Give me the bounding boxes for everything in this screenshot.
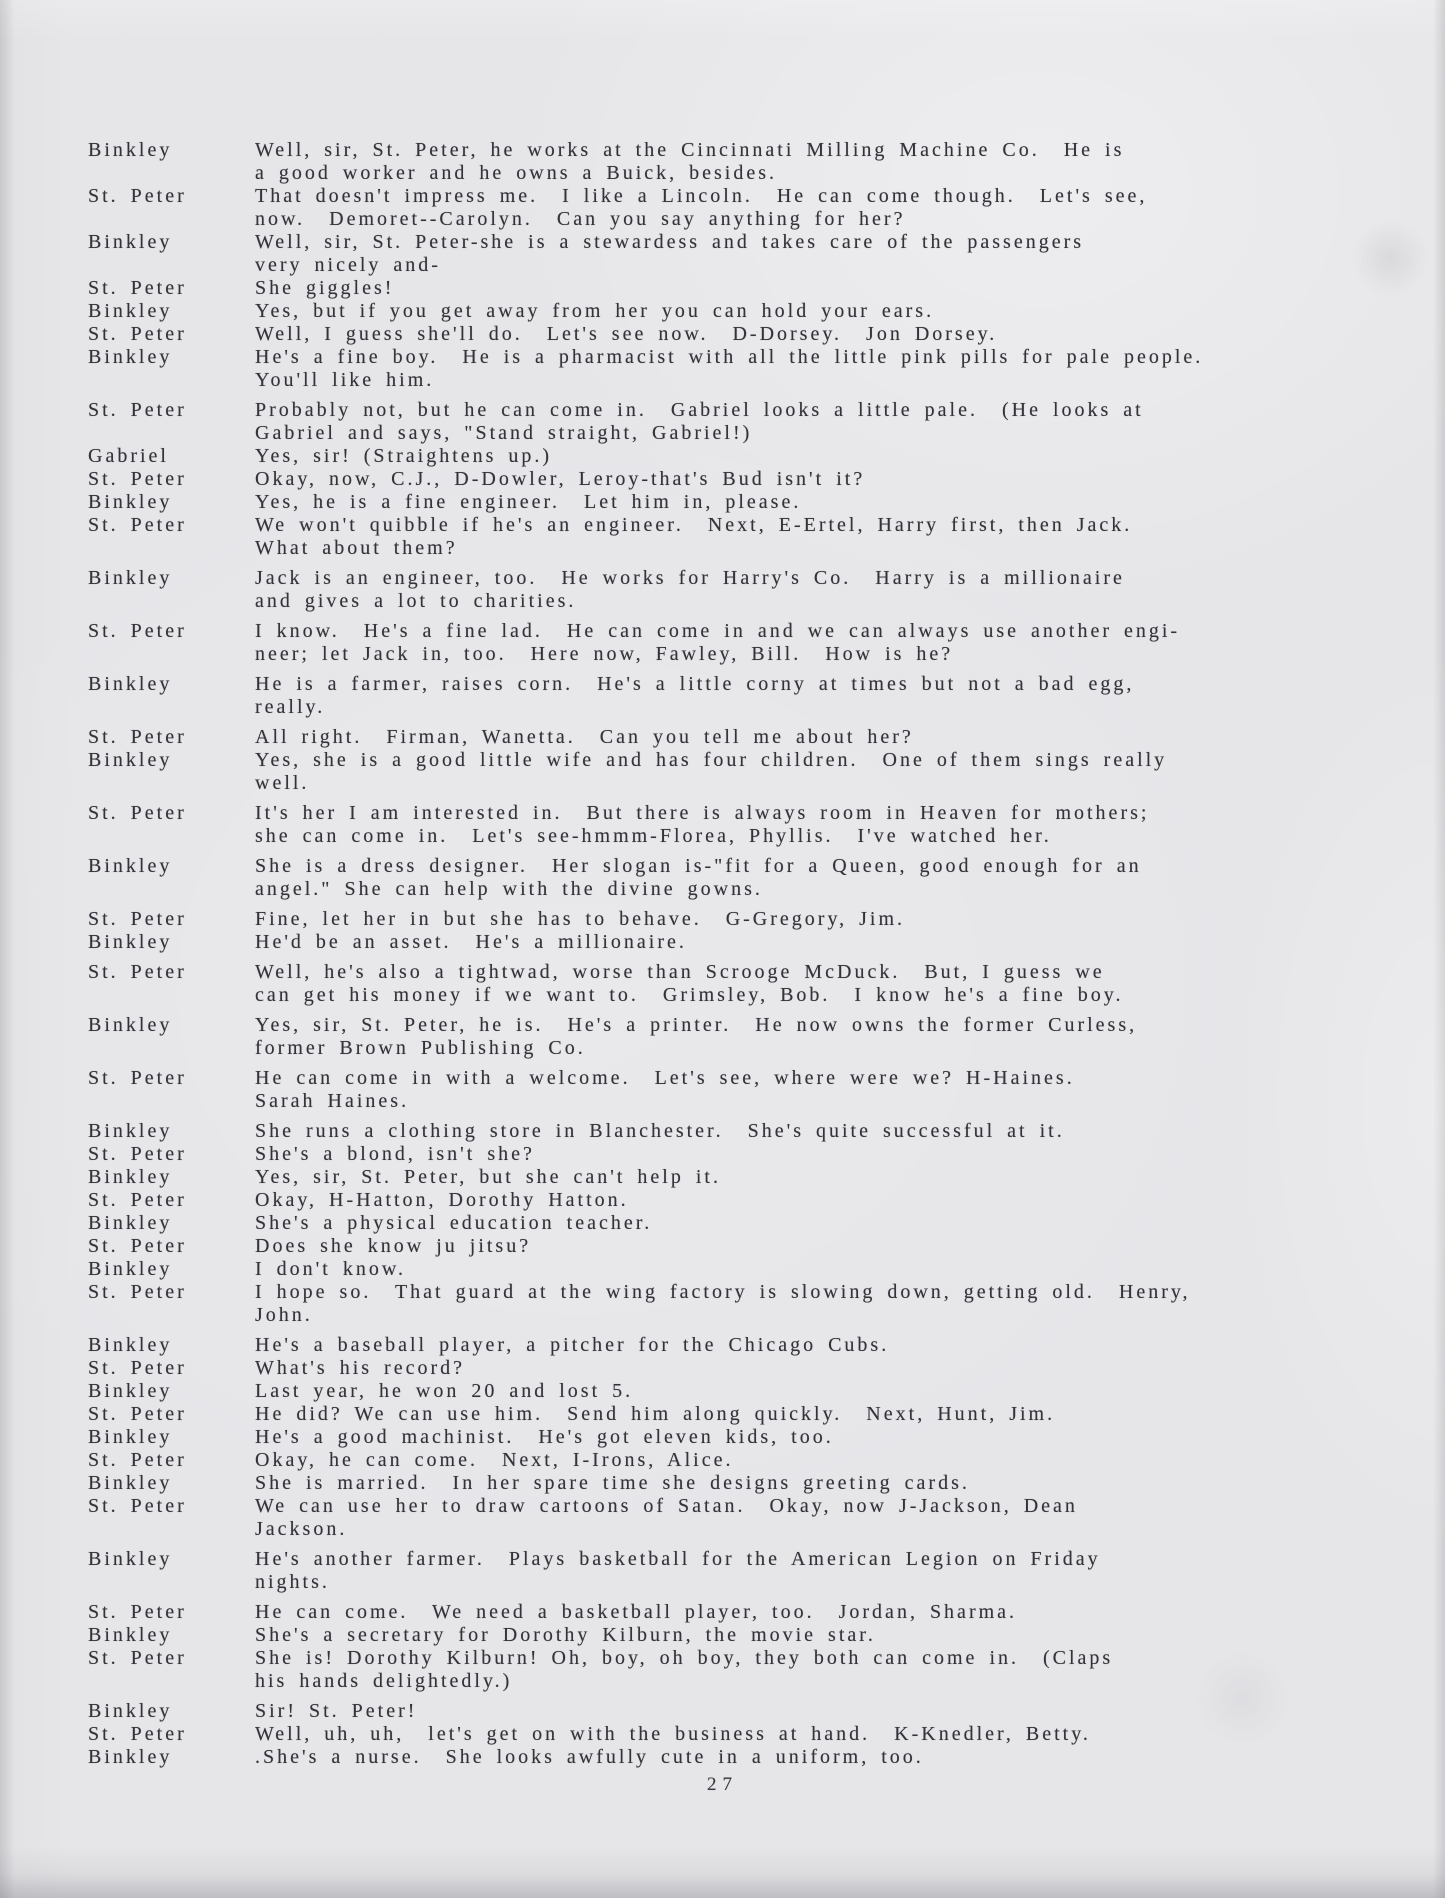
dialogue-line: I know. He's a fine lad. He can come in … <box>255 620 1400 643</box>
dialogue-line: That doesn't impress me. I like a Lincol… <box>255 185 1400 208</box>
dialogue-line: nights. <box>255 1571 1400 1594</box>
dialogue-line: well. <box>255 772 1400 795</box>
dialogue-line: can get his money if we want to. Grimsle… <box>255 984 1400 1007</box>
dialogue-entry: BinkleyHe's a good machinist. He's got e… <box>88 1426 1400 1449</box>
dialogue-text: She is a dress designer. Her slogan is-"… <box>255 855 1400 901</box>
dialogue-line: really. <box>255 696 1400 719</box>
dialogue-line: Yes, sir! (Straightens up.) <box>255 445 1400 468</box>
speaker-label: St. Peter <box>88 514 187 537</box>
dialogue-entry: St. PeterWell, he's also a tightwad, wor… <box>88 961 1400 1007</box>
speaker-label: Binkley <box>88 231 172 254</box>
dialogue-entry: BinkleyShe is married. In her spare time… <box>88 1472 1400 1495</box>
dialogue-entry: GabrielYes, sir! (Straightens up.) <box>88 445 1400 468</box>
dialogue-line: Gabriel and says, "Stand straight, Gabri… <box>255 422 1400 445</box>
speaker-label: St. Peter <box>88 908 187 931</box>
speaker-label: St. Peter <box>88 802 187 825</box>
speaker-label: Binkley <box>88 1120 172 1143</box>
dialogue-line: I hope so. That guard at the wing factor… <box>255 1281 1400 1304</box>
dialogue-text: She's a blond, isn't she? <box>255 1143 1400 1166</box>
dialogue-line: neer; let Jack in, too. Here now, Fawley… <box>255 643 1400 666</box>
dialogue-line: What's his record? <box>255 1357 1400 1380</box>
speaker-label: St. Peter <box>88 961 187 984</box>
dialogue-text: We can use her to draw cartoons of Satan… <box>255 1495 1400 1541</box>
dialogue-text: Yes, sir, St. Peter, he is. He's a print… <box>255 1014 1400 1060</box>
dialogue-entry: St. PeterOkay, H-Hatton, Dorothy Hatton. <box>88 1189 1400 1212</box>
speaker-label: St. Peter <box>88 277 187 300</box>
dialogue-text: Yes, she is a good little wife and has f… <box>255 749 1400 795</box>
dialogue-line: Well, sir, St. Peter-she is a stewardess… <box>255 231 1400 254</box>
dialogue-text: We won't quibble if he's an engineer. Ne… <box>255 514 1400 560</box>
speaker-label: Binkley <box>88 1380 172 1403</box>
dialogue-text: .She's a nurse. She looks awfully cute i… <box>255 1746 1400 1769</box>
dialogue-line: Does she know ju jitsu? <box>255 1235 1400 1258</box>
dialogue-entry: Binkley.She's a nurse. She looks awfully… <box>88 1746 1400 1769</box>
dialogue-line: Fine, let her in but she has to behave. … <box>255 908 1400 931</box>
dialogue-line: He's a baseball player, a pitcher for th… <box>255 1334 1400 1357</box>
speaker-label: St. Peter <box>88 1189 187 1212</box>
dialogue-text: Does she know ju jitsu? <box>255 1235 1400 1258</box>
dialogue-text: Well, he's also a tightwad, worse than S… <box>255 961 1400 1007</box>
dialogue-line: now. Demoret--Carolyn. Can you say anyth… <box>255 208 1400 231</box>
dialogue-line: John. <box>255 1304 1400 1327</box>
speaker-label: St. Peter <box>88 1143 187 1166</box>
dialogue-line: .She's a nurse. She looks awfully cute i… <box>255 1746 1400 1769</box>
dialogue-entry: BinkleyYes, sir, St. Peter, but she can'… <box>88 1166 1400 1189</box>
dialogue-line: He can come in with a welcome. Let's see… <box>255 1067 1400 1090</box>
dialogue-text: That doesn't impress me. I like a Lincol… <box>255 185 1400 231</box>
speaker-label: Binkley <box>88 1212 172 1235</box>
dialogue-line: He is a farmer, raises corn. He's a litt… <box>255 673 1400 696</box>
dialogue-text: Well, sir, St. Peter-she is a stewardess… <box>255 231 1400 277</box>
dialogue-text: What's his record? <box>255 1357 1400 1380</box>
dialogue-entry: St. PeterOkay, he can come. Next, I-Iron… <box>88 1449 1400 1472</box>
dialogue-entry: BinkleyHe's a fine boy. He is a pharmaci… <box>88 346 1400 392</box>
dialogue-text: He can come. We need a basketball player… <box>255 1601 1400 1624</box>
dialogue-entry: BinkleySir! St. Peter! <box>88 1700 1400 1723</box>
speaker-label: Binkley <box>88 1334 172 1357</box>
dialogue-text: Jack is an engineer, too. He works for H… <box>255 567 1400 613</box>
speaker-label: Binkley <box>88 931 172 954</box>
dialogue-line: She is! Dorothy Kilburn! Oh, boy, oh boy… <box>255 1647 1400 1670</box>
dialogue-text: She's a physical education teacher. <box>255 1212 1400 1235</box>
dialogue-transcript: BinkleyWell, sir, St. Peter, he works at… <box>88 139 1400 1769</box>
dialogue-line: Jack is an engineer, too. He works for H… <box>255 567 1400 590</box>
dialogue-line: Yes, she is a good little wife and has f… <box>255 749 1400 772</box>
speaker-label: Binkley <box>88 1700 172 1723</box>
dialogue-entry: St. PeterDoes she know ju jitsu? <box>88 1235 1400 1258</box>
dialogue-entry: BinkleyJack is an engineer, too. He work… <box>88 567 1400 613</box>
dialogue-entry: St. PeterShe is! Dorothy Kilburn! Oh, bo… <box>88 1647 1400 1693</box>
dialogue-line: Yes, he is a fine engineer. Let him in, … <box>255 491 1400 514</box>
dialogue-line: Yes, sir, St. Peter, but she can't help … <box>255 1166 1400 1189</box>
dialogue-entry: St. PeterAll right. Firman, Wanetta. Can… <box>88 726 1400 749</box>
speaker-label: Binkley <box>88 1014 172 1037</box>
dialogue-line: I don't know. <box>255 1258 1400 1281</box>
dialogue-line: angel." She can help with the divine gow… <box>255 878 1400 901</box>
speaker-label: St. Peter <box>88 185 187 208</box>
dialogue-entry: St. PeterIt's her I am interested in. Bu… <box>88 802 1400 848</box>
dialogue-line: she can come in. Let's see-hmmm-Florea, … <box>255 825 1400 848</box>
dialogue-text: He can come in with a welcome. Let's see… <box>255 1067 1400 1113</box>
speaker-label: St. Peter <box>88 1601 187 1624</box>
dialogue-line: Sarah Haines. <box>255 1090 1400 1113</box>
dialogue-line: She giggles! <box>255 277 1400 300</box>
dialogue-entry: BinkleyShe runs a clothing store in Blan… <box>88 1120 1400 1143</box>
speaker-label: St. Peter <box>88 323 187 346</box>
dialogue-line: Yes, but if you get away from her you ca… <box>255 300 1400 323</box>
dialogue-text: He's a fine boy. He is a pharmacist with… <box>255 346 1400 392</box>
speaker-label: Binkley <box>88 1426 172 1449</box>
dialogue-entry: St. PeterI know. He's a fine lad. He can… <box>88 620 1400 666</box>
speaker-label: Binkley <box>88 346 172 369</box>
speaker-label: St. Peter <box>88 726 187 749</box>
dialogue-text: He is a farmer, raises corn. He's a litt… <box>255 673 1400 719</box>
dialogue-line: He'd be an asset. He's a millionaire. <box>255 931 1400 954</box>
dialogue-line: Okay, he can come. Next, I-Irons, Alice. <box>255 1449 1400 1472</box>
dialogue-line: Last year, he won 20 and lost 5. <box>255 1380 1400 1403</box>
dialogue-line: She's a secretary for Dorothy Kilburn, t… <box>255 1624 1400 1647</box>
speaker-label: Binkley <box>88 673 172 696</box>
dialogue-line: Probably not, but he can come in. Gabrie… <box>255 399 1400 422</box>
dialogue-text: I hope so. That guard at the wing factor… <box>255 1281 1400 1327</box>
dialogue-line: Well, uh, uh, let's get on with the busi… <box>255 1723 1400 1746</box>
dialogue-line: It's her I am interested in. But there i… <box>255 802 1400 825</box>
speaker-label: St. Peter <box>88 1495 187 1518</box>
page-number: 27 <box>0 1774 1445 1796</box>
dialogue-entry: St. PeterWell, I guess she'll do. Let's … <box>88 323 1400 346</box>
dialogue-text: Yes, sir, St. Peter, but she can't help … <box>255 1166 1400 1189</box>
dialogue-text: I don't know. <box>255 1258 1400 1281</box>
speaker-label: Binkley <box>88 1472 172 1495</box>
speaker-label: Binkley <box>88 1548 172 1571</box>
dialogue-entry: BinkleyYes, sir, St. Peter, he is. He's … <box>88 1014 1400 1060</box>
dialogue-text: She giggles! <box>255 277 1400 300</box>
dialogue-text: Well, sir, St. Peter, he works at the Ci… <box>255 139 1400 185</box>
speaker-label: St. Peter <box>88 1723 187 1746</box>
dialogue-line: She is married. In her spare time she de… <box>255 1472 1400 1495</box>
dialogue-line: Well, I guess she'll do. Let's see now. … <box>255 323 1400 346</box>
speaker-label: Binkley <box>88 855 172 878</box>
dialogue-line: Well, he's also a tightwad, worse than S… <box>255 961 1400 984</box>
dialogue-entry: St. PeterWhat's his record? <box>88 1357 1400 1380</box>
dialogue-entry: BinkleyHe's a baseball player, a pitcher… <box>88 1334 1400 1357</box>
dialogue-entry: St. PeterFine, let her in but she has to… <box>88 908 1400 931</box>
speaker-label: Binkley <box>88 749 172 772</box>
speaker-label: Binkley <box>88 1258 172 1281</box>
dialogue-text: She runs a clothing store in Blanchester… <box>255 1120 1400 1143</box>
speaker-label: Binkley <box>88 1166 172 1189</box>
dialogue-entry: BinkleyShe's a physical education teache… <box>88 1212 1400 1235</box>
dialogue-text: He's another farmer. Plays basketball fo… <box>255 1548 1400 1594</box>
dialogue-entry: BinkleyYes, she is a good little wife an… <box>88 749 1400 795</box>
dialogue-entry: St. PeterWe won't quibble if he's an eng… <box>88 514 1400 560</box>
speaker-label: St. Peter <box>88 468 187 491</box>
dialogue-entry: St. PeterI hope so. That guard at the wi… <box>88 1281 1400 1327</box>
dialogue-line: very nicely and- <box>255 254 1400 277</box>
dialogue-entry: St. PeterWell, uh, uh, let's get on with… <box>88 1723 1400 1746</box>
dialogue-entry: BinkleyYes, he is a fine engineer. Let h… <box>88 491 1400 514</box>
dialogue-line: He's another farmer. Plays basketball fo… <box>255 1548 1400 1571</box>
speaker-label: St. Peter <box>88 1449 187 1472</box>
dialogue-entry: BinkleyShe's a secretary for Dorothy Kil… <box>88 1624 1400 1647</box>
dialogue-text: Okay, H-Hatton, Dorothy Hatton. <box>255 1189 1400 1212</box>
scanned-script-page: BinkleyWell, sir, St. Peter, he works at… <box>0 0 1445 1898</box>
speaker-label: St. Peter <box>88 1067 187 1090</box>
dialogue-text: He's a good machinist. He's got eleven k… <box>255 1426 1400 1449</box>
dialogue-text: He's a baseball player, a pitcher for th… <box>255 1334 1400 1357</box>
dialogue-line: a good worker and he owns a Buick, besid… <box>255 162 1400 185</box>
dialogue-line: his hands delightedly.) <box>255 1670 1400 1693</box>
dialogue-text: All right. Firman, Wanetta. Can you tell… <box>255 726 1400 749</box>
speaker-label: St. Peter <box>88 1403 187 1426</box>
dialogue-line: We won't quibble if he's an engineer. Ne… <box>255 514 1400 537</box>
dialogue-text: Okay, now, C.J., D-Dowler, Leroy-that's … <box>255 468 1400 491</box>
speaker-label: Binkley <box>88 491 172 514</box>
dialogue-text: Well, I guess she'll do. Let's see now. … <box>255 323 1400 346</box>
speaker-label: Binkley <box>88 1746 172 1769</box>
speaker-label: St. Peter <box>88 1357 187 1380</box>
dialogue-line: Sir! St. Peter! <box>255 1700 1400 1723</box>
speaker-label: St. Peter <box>88 1235 187 1258</box>
dialogue-line: and gives a lot to charities. <box>255 590 1400 613</box>
dialogue-entry: BinkleyHe'd be an asset. He's a milliona… <box>88 931 1400 954</box>
dialogue-text: Yes, but if you get away from her you ca… <box>255 300 1400 323</box>
dialogue-entry: BinkleyShe is a dress designer. Her slog… <box>88 855 1400 901</box>
dialogue-entry: St. PeterWe can use her to draw cartoons… <box>88 1495 1400 1541</box>
dialogue-text: She's a secretary for Dorothy Kilburn, t… <box>255 1624 1400 1647</box>
dialogue-line: You'll like him. <box>255 369 1400 392</box>
dialogue-text: Sir! St. Peter! <box>255 1700 1400 1723</box>
speaker-label: Binkley <box>88 139 172 162</box>
dialogue-entry: St. PeterHe can come in with a welcome. … <box>88 1067 1400 1113</box>
dialogue-entry: St. PeterShe giggles! <box>88 277 1400 300</box>
dialogue-line: Jackson. <box>255 1518 1400 1541</box>
dialogue-entry: BinkleyHe's another farmer. Plays basket… <box>88 1548 1400 1594</box>
dialogue-entry: BinkleyYes, but if you get away from her… <box>88 300 1400 323</box>
dialogue-line: She is a dress designer. Her slogan is-"… <box>255 855 1400 878</box>
dialogue-line: We can use her to draw cartoons of Satan… <box>255 1495 1400 1518</box>
dialogue-text: I know. He's a fine lad. He can come in … <box>255 620 1400 666</box>
dialogue-text: Fine, let her in but she has to behave. … <box>255 908 1400 931</box>
dialogue-text: She is! Dorothy Kilburn! Oh, boy, oh boy… <box>255 1647 1400 1693</box>
dialogue-entry: BinkleyWell, sir, St. Peter, he works at… <box>88 139 1400 185</box>
dialogue-line: He's a good machinist. He's got eleven k… <box>255 1426 1400 1449</box>
dialogue-line: What about them? <box>255 537 1400 560</box>
dialogue-entry: St. PeterShe's a blond, isn't she? <box>88 1143 1400 1166</box>
dialogue-line: Yes, sir, St. Peter, he is. He's a print… <box>255 1014 1400 1037</box>
dialogue-line: He can come. We need a basketball player… <box>255 1601 1400 1624</box>
dialogue-text: He'd be an asset. He's a millionaire. <box>255 931 1400 954</box>
speaker-label: Binkley <box>88 1624 172 1647</box>
dialogue-entry: St. PeterProbably not, but he can come i… <box>88 399 1400 445</box>
dialogue-line: Okay, now, C.J., D-Dowler, Leroy-that's … <box>255 468 1400 491</box>
speaker-label: St. Peter <box>88 620 187 643</box>
dialogue-line: She's a physical education teacher. <box>255 1212 1400 1235</box>
dialogue-line: She's a blond, isn't she? <box>255 1143 1400 1166</box>
speaker-label: Gabriel <box>88 445 169 468</box>
dialogue-entry: BinkleyWell, sir, St. Peter-she is a ste… <box>88 231 1400 277</box>
dialogue-line: All right. Firman, Wanetta. Can you tell… <box>255 726 1400 749</box>
dialogue-entry: St. PeterThat doesn't impress me. I like… <box>88 185 1400 231</box>
dialogue-line: She runs a clothing store in Blanchester… <box>255 1120 1400 1143</box>
dialogue-entry: BinkleyI don't know. <box>88 1258 1400 1281</box>
dialogue-line: Okay, H-Hatton, Dorothy Hatton. <box>255 1189 1400 1212</box>
speaker-label: St. Peter <box>88 399 187 422</box>
dialogue-text: Well, uh, uh, let's get on with the busi… <box>255 1723 1400 1746</box>
speaker-label: St. Peter <box>88 1647 187 1670</box>
dialogue-text: Yes, he is a fine engineer. Let him in, … <box>255 491 1400 514</box>
speaker-label: Binkley <box>88 567 172 590</box>
dialogue-entry: St. PeterOkay, now, C.J., D-Dowler, Lero… <box>88 468 1400 491</box>
dialogue-line: former Brown Publishing Co. <box>255 1037 1400 1060</box>
speaker-label: Binkley <box>88 300 172 323</box>
dialogue-text: Probably not, but he can come in. Gabrie… <box>255 399 1400 445</box>
dialogue-entry: BinkleyHe is a farmer, raises corn. He's… <box>88 673 1400 719</box>
dialogue-entry: St. PeterHe can come. We need a basketba… <box>88 1601 1400 1624</box>
dialogue-text: She is married. In her spare time she de… <box>255 1472 1400 1495</box>
dialogue-text: Last year, he won 20 and lost 5. <box>255 1380 1400 1403</box>
dialogue-text: Okay, he can come. Next, I-Irons, Alice. <box>255 1449 1400 1472</box>
dialogue-text: It's her I am interested in. But there i… <box>255 802 1400 848</box>
dialogue-line: He's a fine boy. He is a pharmacist with… <box>255 346 1400 369</box>
dialogue-text: Yes, sir! (Straightens up.) <box>255 445 1400 468</box>
dialogue-entry: BinkleyLast year, he won 20 and lost 5. <box>88 1380 1400 1403</box>
speaker-label: St. Peter <box>88 1281 187 1304</box>
dialogue-line: He did? We can use him. Send him along q… <box>255 1403 1400 1426</box>
dialogue-line: Well, sir, St. Peter, he works at the Ci… <box>255 139 1400 162</box>
dialogue-text: He did? We can use him. Send him along q… <box>255 1403 1400 1426</box>
dialogue-entry: St. PeterHe did? We can use him. Send hi… <box>88 1403 1400 1426</box>
